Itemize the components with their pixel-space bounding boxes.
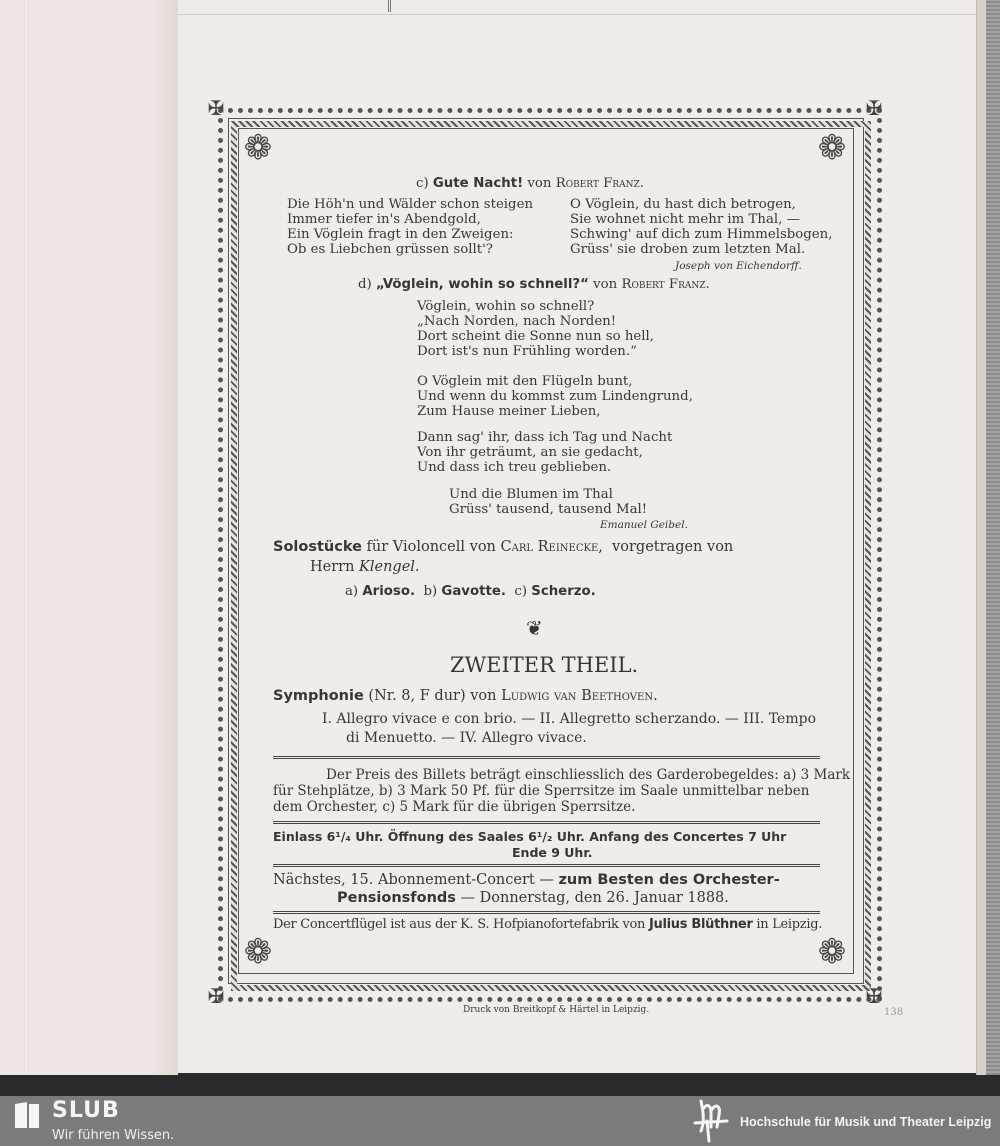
stanza-line: Dann sag' ihr, dass ich Tag und Nacht bbox=[417, 430, 672, 446]
solo-items: a) Arioso. b) Gavotte. c) Scherzo. bbox=[345, 584, 596, 600]
corner-palmette-icon: ❁ bbox=[810, 126, 854, 170]
movements-line: di Menuetto. — IV. Allegro vivace. bbox=[346, 730, 587, 746]
stanza-line: Die Höh'n und Wälder schon steigen bbox=[287, 197, 533, 213]
stanza-line: Grüss' sie droben zum letzten Mal. bbox=[570, 242, 805, 258]
double-rule bbox=[273, 864, 820, 867]
next-concert-line: Pensionsfonds — Donnerstag, den 26. Janu… bbox=[337, 890, 729, 906]
song-title: Gute Nacht! bbox=[433, 176, 523, 191]
page-number: 138 bbox=[884, 1005, 903, 1021]
composer-name: Ludwig van Beethoven. bbox=[501, 688, 658, 704]
book-cover-edge bbox=[986, 0, 1000, 1075]
solo-heading: Solostücke für Violoncell von Carl Reine… bbox=[273, 539, 733, 555]
floral-ornament-icon: ❦ bbox=[526, 617, 543, 639]
corner-rosette-icon: ✠ bbox=[863, 97, 885, 119]
next-concert-text: Nächstes, 15. Abonnement-Concert — bbox=[273, 872, 554, 888]
page-shadow bbox=[150, 0, 178, 1075]
stanza-line: Schwing' auf dich zum Himmelsbogen, bbox=[570, 227, 832, 243]
page-fold bbox=[24, 0, 28, 1075]
slub-logo[interactable]: SLUB bbox=[52, 1098, 120, 1123]
piano-text: Der Concertflügel ist aus der K. S. Hofp… bbox=[273, 917, 645, 932]
stanza-line: „Nach Norden, nach Norden! bbox=[417, 314, 616, 330]
price-line: dem Orchester, c) 5 Mark für die übrigen… bbox=[273, 799, 635, 815]
piano-line: Der Concertflügel ist aus der K. S. Hofp… bbox=[273, 917, 822, 933]
piano-maker: Julius Blüthner bbox=[649, 917, 753, 932]
item-label: c) bbox=[514, 584, 527, 599]
piece-name: Arioso. bbox=[362, 584, 415, 599]
solo-performer: Herrn Klengel. bbox=[310, 559, 420, 575]
by-text: von bbox=[527, 176, 551, 191]
corner-palmette-icon: ❁ bbox=[810, 930, 854, 974]
double-rule bbox=[273, 911, 820, 914]
slub-book-icon bbox=[13, 1100, 41, 1130]
double-rule bbox=[273, 756, 820, 759]
stanza-line: Ein Vöglein fragt in den Zweigen: bbox=[287, 227, 513, 243]
next-concert-text: — Donnerstag, den 26. Januar 1888. bbox=[461, 890, 729, 906]
stanza-line: O Vöglein mit den Flügeln bunt, bbox=[417, 374, 632, 390]
corner-palmette-icon: ❁ bbox=[236, 930, 280, 974]
solo-text: für Violoncell von bbox=[367, 539, 496, 555]
corner-palmette-icon: ❁ bbox=[236, 126, 280, 170]
item-label: b) bbox=[423, 584, 437, 599]
price-line: Der Preis des Billets beträgt einschlies… bbox=[326, 767, 850, 783]
song-c-heading: c) Gute Nacht! von Robert Franz. bbox=[416, 176, 644, 192]
stanza-line: O Vöglein, du hast dich betrogen, bbox=[570, 197, 796, 213]
double-rule bbox=[273, 821, 820, 824]
piece-name: Scherzo. bbox=[531, 584, 595, 599]
composer-name: Carl Reinecke, bbox=[501, 539, 603, 555]
song-d-heading: d) „Vöglein, wohin so schnell?“ von Robe… bbox=[358, 277, 710, 293]
composer-name: Robert Franz. bbox=[621, 277, 709, 292]
stanza-line: Grüss' tausend, tausend Mal! bbox=[449, 502, 647, 518]
left-page bbox=[0, 0, 178, 1075]
by-text: von bbox=[593, 277, 617, 292]
stanza-line: Vöglein, wohin so schnell? bbox=[417, 299, 594, 315]
stanza-line: Zum Hause meiner Lieben, bbox=[417, 404, 601, 420]
piano-text: in Leipzig. bbox=[756, 917, 822, 932]
stanza-line: Und die Blumen im Thal bbox=[449, 487, 613, 503]
symphony-heading: Symphonie (Nr. 8, F dur) von Ludwig van … bbox=[273, 688, 658, 704]
movements-line: I. Allegro vivace e con brio. — II. Alle… bbox=[322, 711, 816, 727]
times-line: Ende 9 Uhr. bbox=[512, 845, 592, 861]
solo-text: vorgetragen von bbox=[612, 539, 733, 555]
stanza-line: Dort scheint die Sonne nun so hell, bbox=[417, 329, 654, 345]
previous-border bbox=[388, 0, 1000, 12]
printer-imprint: Druck von Breitkopf & Härtel in Leipzig. bbox=[463, 1004, 649, 1016]
solo-text: Herrn bbox=[310, 559, 354, 575]
stanza-line: Und dass ich treu geblieben. bbox=[417, 460, 611, 476]
next-concert-bold: Pensionsfonds bbox=[337, 890, 456, 906]
stanza-line: Und wenn du kommst zum Lindengrund, bbox=[417, 389, 693, 405]
corner-rosette-icon: ✠ bbox=[205, 97, 227, 119]
next-concert-line: Nächstes, 15. Abonnement-Concert — zum B… bbox=[273, 872, 780, 888]
song-title: „Vöglein, wohin so schnell?“ bbox=[376, 277, 589, 292]
hmt-institution-name[interactable]: Hochschule für Musik und Theater Leipzig bbox=[740, 1115, 991, 1129]
next-concert-bold: zum Besten des Orchester- bbox=[558, 872, 779, 888]
part-two-heading: ZWEITER THEIL. bbox=[450, 653, 638, 677]
work-title: Symphonie bbox=[273, 688, 364, 704]
item-label: c) bbox=[416, 176, 429, 191]
stanza-line: Von ihr geträumt, an sie gedacht, bbox=[417, 445, 643, 461]
hmt-logo-icon[interactable] bbox=[693, 1097, 729, 1143]
composer-name: Robert Franz. bbox=[556, 176, 644, 191]
previous-sheet-edge bbox=[178, 0, 978, 15]
stanza-line: Dort ist's nun Frühling worden.“ bbox=[417, 344, 637, 360]
item-label: d) bbox=[358, 277, 372, 292]
performer-name: Klengel. bbox=[359, 559, 420, 575]
solo-title: Solostücke bbox=[273, 539, 362, 555]
stanza-line: Immer tiefer in's Abendgold, bbox=[287, 212, 481, 228]
slub-tagline: Wir führen Wissen. bbox=[52, 1128, 174, 1143]
corner-rosette-icon: ✠ bbox=[863, 985, 885, 1007]
item-label: a) bbox=[345, 584, 358, 599]
stanza-line: Sie wohnet nicht mehr im Thal, — bbox=[570, 212, 800, 228]
corner-rosette-icon: ✠ bbox=[205, 985, 227, 1007]
work-detail: (Nr. 8, F dur) von bbox=[368, 688, 496, 704]
stanza-line: Ob es Liebchen grüssen sollt'? bbox=[287, 242, 493, 258]
price-line: für Stehplätze, b) 3 Mark 50 Pf. für die… bbox=[273, 783, 809, 799]
poet-signature: Emanuel Geibel. bbox=[600, 517, 688, 533]
times-line: Einlass 6¹/₄ Uhr. Öffnung des Saales 6¹/… bbox=[273, 829, 786, 845]
piece-name: Gavotte. bbox=[441, 584, 505, 599]
poet-signature: Joseph von Eichendorff. bbox=[675, 258, 802, 274]
